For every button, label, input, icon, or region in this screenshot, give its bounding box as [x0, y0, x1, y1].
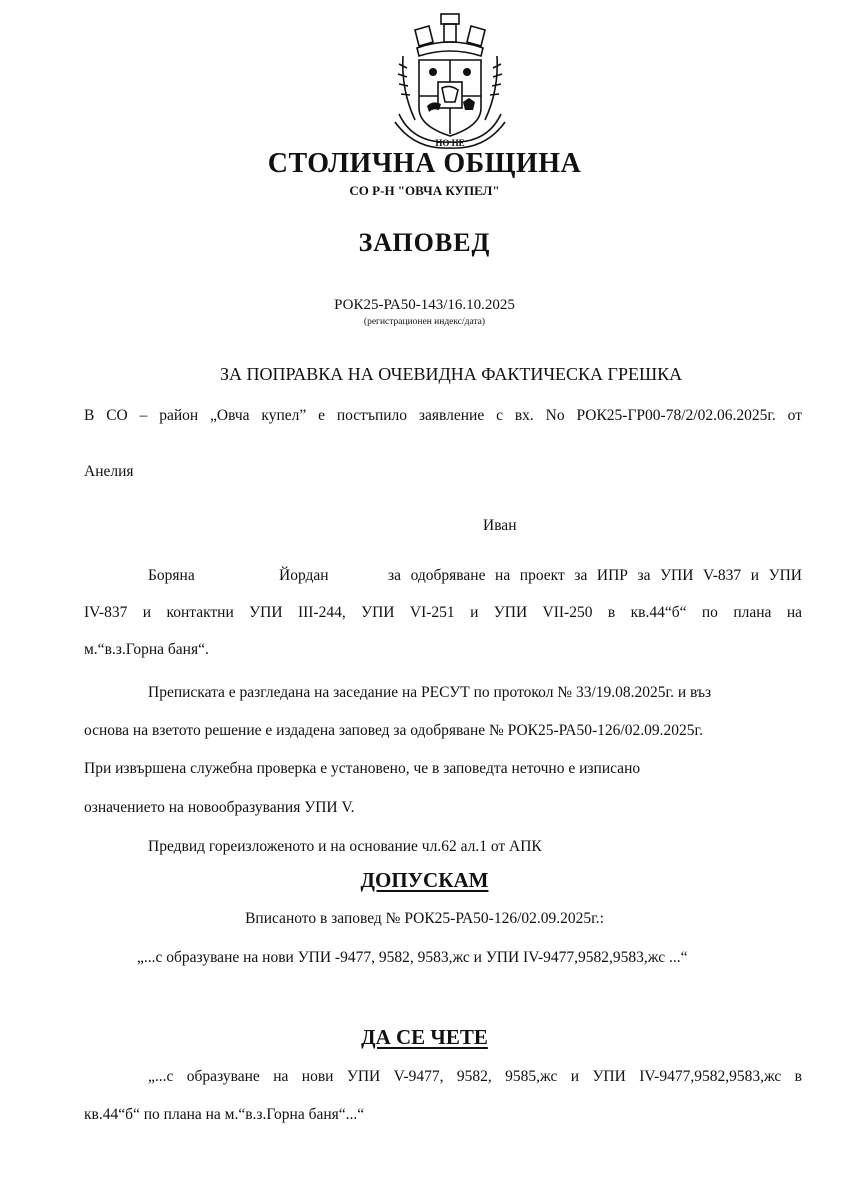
document-subject: ЗА ПОПРАВКА НА ОЧЕВИДНА ФАКТИЧЕСКА ГРЕШК… [220, 364, 682, 385]
registration-hint: (регистрационен индекс/дата) [0, 317, 849, 327]
sofia-coat-of-arms-icon: НО НЕ [393, 10, 507, 150]
correct-text-line-2: кв.44“б“ по плана на м.“в.з.Горна баня“.… [84, 1106, 364, 1124]
registration-number: РОК25-РА50-143/16.10.2025 [0, 297, 849, 314]
applicant-name-1: Анелия [84, 463, 134, 481]
applicant-name-3: Боряна [148, 567, 195, 585]
written-in-order: Вписаното в заповед № РОК25-РА50-126/02.… [0, 910, 849, 928]
document-type-title: ЗАПОВЕД [0, 228, 849, 258]
request-line-2: IV-837 и контактни УПИ III-244, УПИ VI-2… [84, 604, 802, 622]
district-name: СО Р-Н "ОВЧА КУПЕЛ" [0, 183, 849, 199]
legal-basis: Предвид гореизложеното и на основание чл… [148, 838, 542, 856]
review-line-1: Преписката е разгледана на заседание на … [148, 684, 711, 702]
check-line-1: При извършена служебна проверка е устано… [84, 760, 640, 778]
heading-should-read: ДА СЕ ЧЕТЕ [0, 1025, 849, 1050]
applicant-name-2: Иван [483, 517, 516, 535]
applicant-name-4: Йордан [279, 567, 329, 585]
wrong-text: „...с образуване на нови УПИ -9477, 9582… [137, 949, 687, 967]
heading-allow: ДОПУСКАМ [0, 868, 849, 893]
review-line-2: основа на взетото решение е издадена зап… [84, 722, 703, 740]
svg-text:НО НЕ: НО НЕ [435, 138, 464, 148]
check-line-2: означението на новообразувания УПИ V. [84, 799, 355, 817]
request-line-3: м.“в.з.Горна баня“. [84, 641, 209, 659]
organization-name: СТОЛИЧНА ОБЩИНА [0, 148, 849, 180]
intro-paragraph: В СО – район „Овча купел” е постъпило за… [84, 407, 802, 425]
correct-text-line-1: „...с образуване на нови УПИ V-9477, 958… [148, 1068, 802, 1086]
request-line-1: за одобряване на проект за ИПР за УПИ V-… [388, 567, 802, 585]
